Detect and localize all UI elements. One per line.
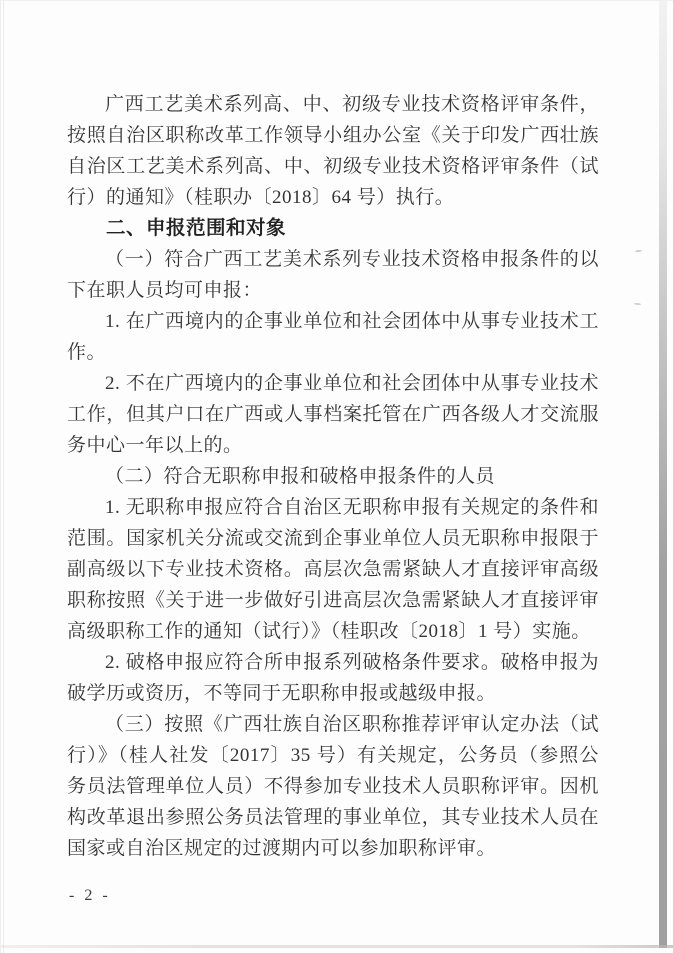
scan-edge-bottom [1, 945, 673, 948]
scan-artifact-mark [634, 303, 641, 306]
scanned-document-page: 广西工艺美术系列高、中、初级专业技术资格评审条件，按照自治区职称改革工作领导小组… [0, 0, 673, 953]
paragraph-item-1-sub-1: 1. 在广西境内的企事业单位和社会团体中从事专业技术工作。 [67, 306, 599, 368]
scan-edge-left [3, 1, 4, 953]
document-body: 广西工艺美术系列高、中、初级专业技术资格评审条件，按照自治区职称改革工作领导小组… [67, 89, 599, 864]
paragraph-item-1-intro: （一）符合广西工艺美术系列专业技术资格申报条件的以下在职人员均可申报： [67, 244, 599, 306]
section-heading-application-scope: 二、申报范围和对象 [67, 213, 599, 244]
page-number: - 2 - [69, 887, 111, 905]
paragraph-item-2-sub-2: 2. 破格申报应符合所申报系列破格条件要求。破格申报为破学历或资历，不等同于无职… [67, 647, 599, 709]
scan-edge-right [659, 1, 667, 948]
paragraph-execution-basis: 广西工艺美术系列高、中、初级专业技术资格评审条件，按照自治区职称改革工作领导小组… [67, 89, 599, 213]
scan-artifact-mark [635, 250, 642, 253]
paragraph-item-3: （三）按照《广西壮族自治区职称推荐评审认定办法（试行）》（桂人社发〔2017〕3… [67, 709, 599, 864]
paragraph-item-2-sub-1: 1. 无职称申报应符合自治区无职称申报有关规定的条件和范围。国家机关分流或交流到… [67, 492, 599, 647]
paragraph-item-1-sub-2: 2. 不在广西境内的企事业单位和社会团体中从事专业技术工作，但其户口在广西或人事… [67, 368, 599, 461]
paragraph-item-2-intro: （二）符合无职称申报和破格申报条件的人员 [67, 461, 599, 492]
